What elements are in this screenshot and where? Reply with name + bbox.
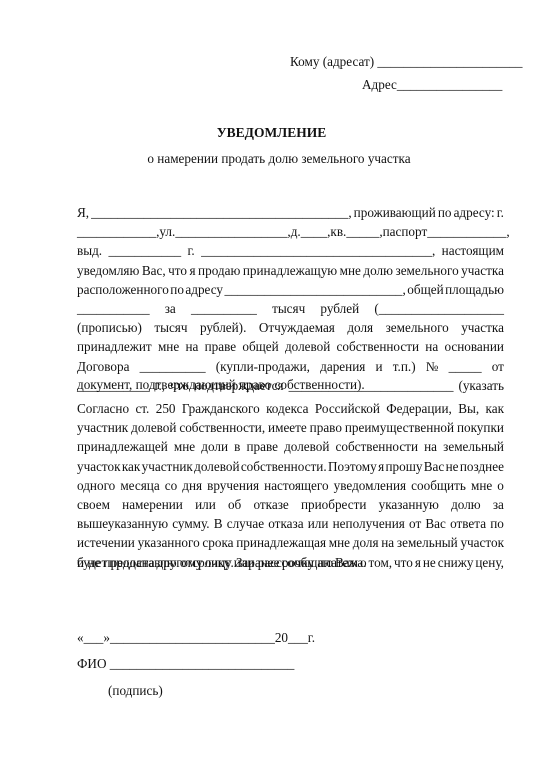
word: об xyxy=(228,497,241,513)
word: выд. xyxy=(77,243,102,259)
word: долю xyxy=(451,497,481,513)
word: Вас xyxy=(424,459,445,475)
word: доля xyxy=(347,320,373,336)
word: мне xyxy=(329,535,350,551)
word: Согласно xyxy=(77,401,129,417)
word: кодекса xyxy=(266,401,308,417)
word: на xyxy=(185,339,198,355)
word: доля xyxy=(353,535,379,551)
word: я xyxy=(378,459,384,475)
word: № xyxy=(426,359,439,375)
word: или xyxy=(195,497,216,513)
word: я xyxy=(415,555,421,571)
word: участок xyxy=(77,459,121,475)
text-line: ___________за__________тысячрублей(_____… xyxy=(77,301,504,317)
word: на xyxy=(381,535,394,551)
word: отказа xyxy=(268,516,303,532)
word: уведомления xyxy=(334,478,406,494)
document-subtitle: о намерении продать долю земельного учас… xyxy=(0,151,543,167)
word: тысяч xyxy=(154,320,187,336)
word: что xyxy=(168,263,187,279)
text-line: выд.___________г._______________________… xyxy=(77,243,504,259)
text-line: ____________,ул._________________,д.____… xyxy=(77,224,504,240)
word: Вас xyxy=(425,516,446,532)
word: мне xyxy=(340,263,361,279)
word: уведомляю xyxy=(77,263,139,279)
word: случае xyxy=(227,516,264,532)
word: собственности. xyxy=(241,459,327,475)
word: ст. xyxy=(135,401,149,417)
word: не xyxy=(446,459,459,475)
word: т.п.) xyxy=(393,359,416,375)
word: истечении xyxy=(77,535,135,551)
word: кв. xyxy=(330,224,346,240)
word: покупки xyxy=(457,420,504,436)
word: по xyxy=(438,205,452,221)
word: мне xyxy=(158,339,179,355)
word: земельный xyxy=(397,535,458,551)
word: (прописью) xyxy=(77,320,142,336)
text-line: принадлежащеймнедоливправедолевойсобстве… xyxy=(77,439,504,455)
word: тысяч xyxy=(272,301,305,317)
word: (___________________ xyxy=(374,301,504,317)
text-line: Договора__________(купли-продажи,дарения… xyxy=(77,359,504,375)
word: и xyxy=(376,359,383,375)
word: участник xyxy=(142,459,193,475)
word: как xyxy=(486,401,504,417)
address-line: Адрес________________ xyxy=(362,77,502,93)
text-line: (прописью)тысячрублей).Отчуждаемаядолязе… xyxy=(77,320,504,336)
word: на xyxy=(424,439,437,455)
word: одного xyxy=(77,478,115,494)
word: В xyxy=(214,516,223,532)
word: неполучения xyxy=(333,516,405,532)
word: ____________, xyxy=(77,224,159,240)
text-line: Я,______________________________________… xyxy=(77,205,504,221)
word: земельного xyxy=(386,320,449,336)
word: долевой xyxy=(131,420,176,436)
word: продаю xyxy=(198,263,240,279)
word: земельного xyxy=(395,263,458,279)
word: адресу xyxy=(185,282,223,298)
word: участка xyxy=(461,263,504,279)
word: ____________, xyxy=(427,224,509,240)
word: _______________________________________, xyxy=(91,205,351,221)
word: собственности xyxy=(336,439,419,455)
word: г. xyxy=(188,243,195,259)
word: проживающий xyxy=(354,205,436,221)
word: позднее xyxy=(460,459,504,475)
word: адресу: xyxy=(454,205,495,221)
word: от xyxy=(409,516,421,532)
word: доли xyxy=(201,439,228,455)
word: праве xyxy=(205,339,237,355)
word: собственности, xyxy=(179,420,265,436)
word: прошу xyxy=(385,459,422,475)
word: расположенного xyxy=(77,282,169,298)
word: Отчуждаемая xyxy=(259,320,335,336)
word: г. xyxy=(497,205,504,221)
word: срока xyxy=(202,535,233,551)
word: (купли-продажи, xyxy=(216,359,310,375)
word: в xyxy=(234,439,240,455)
word: за xyxy=(165,301,176,317)
text-line: уведомляюВас,чтояпродаюпринадлежащуюмнед… xyxy=(77,263,504,279)
word: земельный xyxy=(443,439,504,455)
text-line: истеченииуказанногосрокапринадлежащаямне… xyxy=(77,535,504,551)
word: сумму. xyxy=(172,516,209,532)
recipient-line: Кому (адресат) ______________________ xyxy=(290,54,523,70)
word: __________ xyxy=(191,301,257,317)
word: мне xyxy=(174,439,195,455)
word: указанного xyxy=(138,535,200,551)
word: ___________ xyxy=(77,301,150,317)
word: о xyxy=(497,478,504,494)
word: праве xyxy=(246,439,278,455)
text-line: принадлежитмненаправеобщейдолевойсобстве… xyxy=(77,339,504,355)
text-line: своемнамеренииилиоботказеприобрестиуказа… xyxy=(77,497,504,513)
word: ___________________________________, xyxy=(201,243,435,259)
word: _____ xyxy=(449,359,482,375)
word: __________ xyxy=(140,359,206,375)
word: или xyxy=(308,516,329,532)
word: преимущественной xyxy=(345,420,454,436)
word: рублей xyxy=(320,301,359,317)
word: право xyxy=(310,420,342,436)
word: (указать xyxy=(458,378,504,394)
word: мне xyxy=(471,478,492,494)
word: принадлежащая xyxy=(236,535,326,551)
word: ___________________________, xyxy=(224,282,405,298)
word: дарения xyxy=(320,359,365,375)
word: долевой xyxy=(194,459,239,475)
word: участник xyxy=(77,420,128,436)
paragraph-preemptive-right-last-line: и не предоставлю отсрочку или рассрочку … xyxy=(77,555,367,571)
text-line: вышеуказаннуюсумму.Вслучаеотказаилинепол… xyxy=(77,516,504,532)
word: от xyxy=(492,359,504,375)
word: за xyxy=(493,497,504,513)
word: имеете xyxy=(268,420,307,436)
word: основании xyxy=(444,339,504,355)
word: Договора xyxy=(77,359,129,375)
word: ул. xyxy=(159,224,175,240)
word: указанную xyxy=(379,497,439,513)
word: приобрести xyxy=(301,497,366,513)
word: вышеуказанную xyxy=(77,516,168,532)
text-line: участоккакучастникдолевойсобственности.П… xyxy=(77,459,504,475)
word: общей xyxy=(242,339,278,355)
word: рублей). xyxy=(200,320,246,336)
word: что xyxy=(394,555,413,571)
word: Гражданского xyxy=(182,401,260,417)
word: том, xyxy=(369,555,393,571)
word: Вы, xyxy=(458,401,479,417)
word: ____, xyxy=(301,224,331,240)
word: участок xyxy=(460,535,504,551)
word: _____, xyxy=(346,224,382,240)
word: дня xyxy=(182,478,202,494)
word: намерении xyxy=(122,497,183,513)
word: как xyxy=(122,459,140,475)
word: отказе xyxy=(253,497,288,513)
word: принадлежащую xyxy=(243,263,337,279)
word: ответа xyxy=(450,516,486,532)
word: принадлежащей xyxy=(77,439,168,455)
word: месяца xyxy=(120,478,159,494)
word: ___________ xyxy=(109,243,182,259)
word: паспорт xyxy=(383,224,428,240)
word: принадлежит xyxy=(77,339,152,355)
word: общей xyxy=(407,282,443,298)
word: _________________, xyxy=(175,224,290,240)
word: долевой xyxy=(284,439,329,455)
word: настоящим xyxy=(442,243,504,259)
word: Поэтому xyxy=(328,459,377,475)
date-line: «___»_________________________20___г. xyxy=(77,630,315,646)
document-title: УВЕДОМЛЕНИЕ xyxy=(0,125,543,141)
word: на xyxy=(425,339,438,355)
word: вручения xyxy=(207,478,259,494)
word: Федерации, xyxy=(386,401,452,417)
word: долю xyxy=(363,263,393,279)
word: я xyxy=(189,263,195,279)
signature-label: (подпись) xyxy=(108,683,163,699)
fio-line: ФИО ____________________________ xyxy=(77,656,294,672)
text-line: расположенногопоадресу__________________… xyxy=(77,282,504,298)
text-line: Согласност.250ГражданскогокодексаРоссийс… xyxy=(77,401,504,417)
word: сообщить xyxy=(411,478,466,494)
word: не xyxy=(423,555,436,571)
word: Российской xyxy=(315,401,380,417)
text-line: одногомесяцасоднявручениянастоящегоуведо… xyxy=(77,478,504,494)
word: своем xyxy=(77,497,110,513)
word: собственности xyxy=(337,339,420,355)
word: д. xyxy=(291,224,301,240)
word: снижу xyxy=(438,555,474,571)
word: участка xyxy=(461,320,504,336)
word: площадью xyxy=(445,282,504,298)
word: Я, xyxy=(77,205,89,221)
paragraph-notice-last-line: документ, подтверждающий право собственн… xyxy=(77,377,365,393)
word: Вас, xyxy=(142,263,166,279)
text-line: участникдолевойсобственности,имеетеправо… xyxy=(77,420,504,436)
word: настоящего xyxy=(264,478,328,494)
word: 250 xyxy=(156,401,176,417)
word: долевой xyxy=(285,339,330,355)
word: со xyxy=(165,478,177,494)
word: цену, xyxy=(475,555,504,571)
word: по xyxy=(170,282,184,298)
word: по xyxy=(490,516,504,532)
